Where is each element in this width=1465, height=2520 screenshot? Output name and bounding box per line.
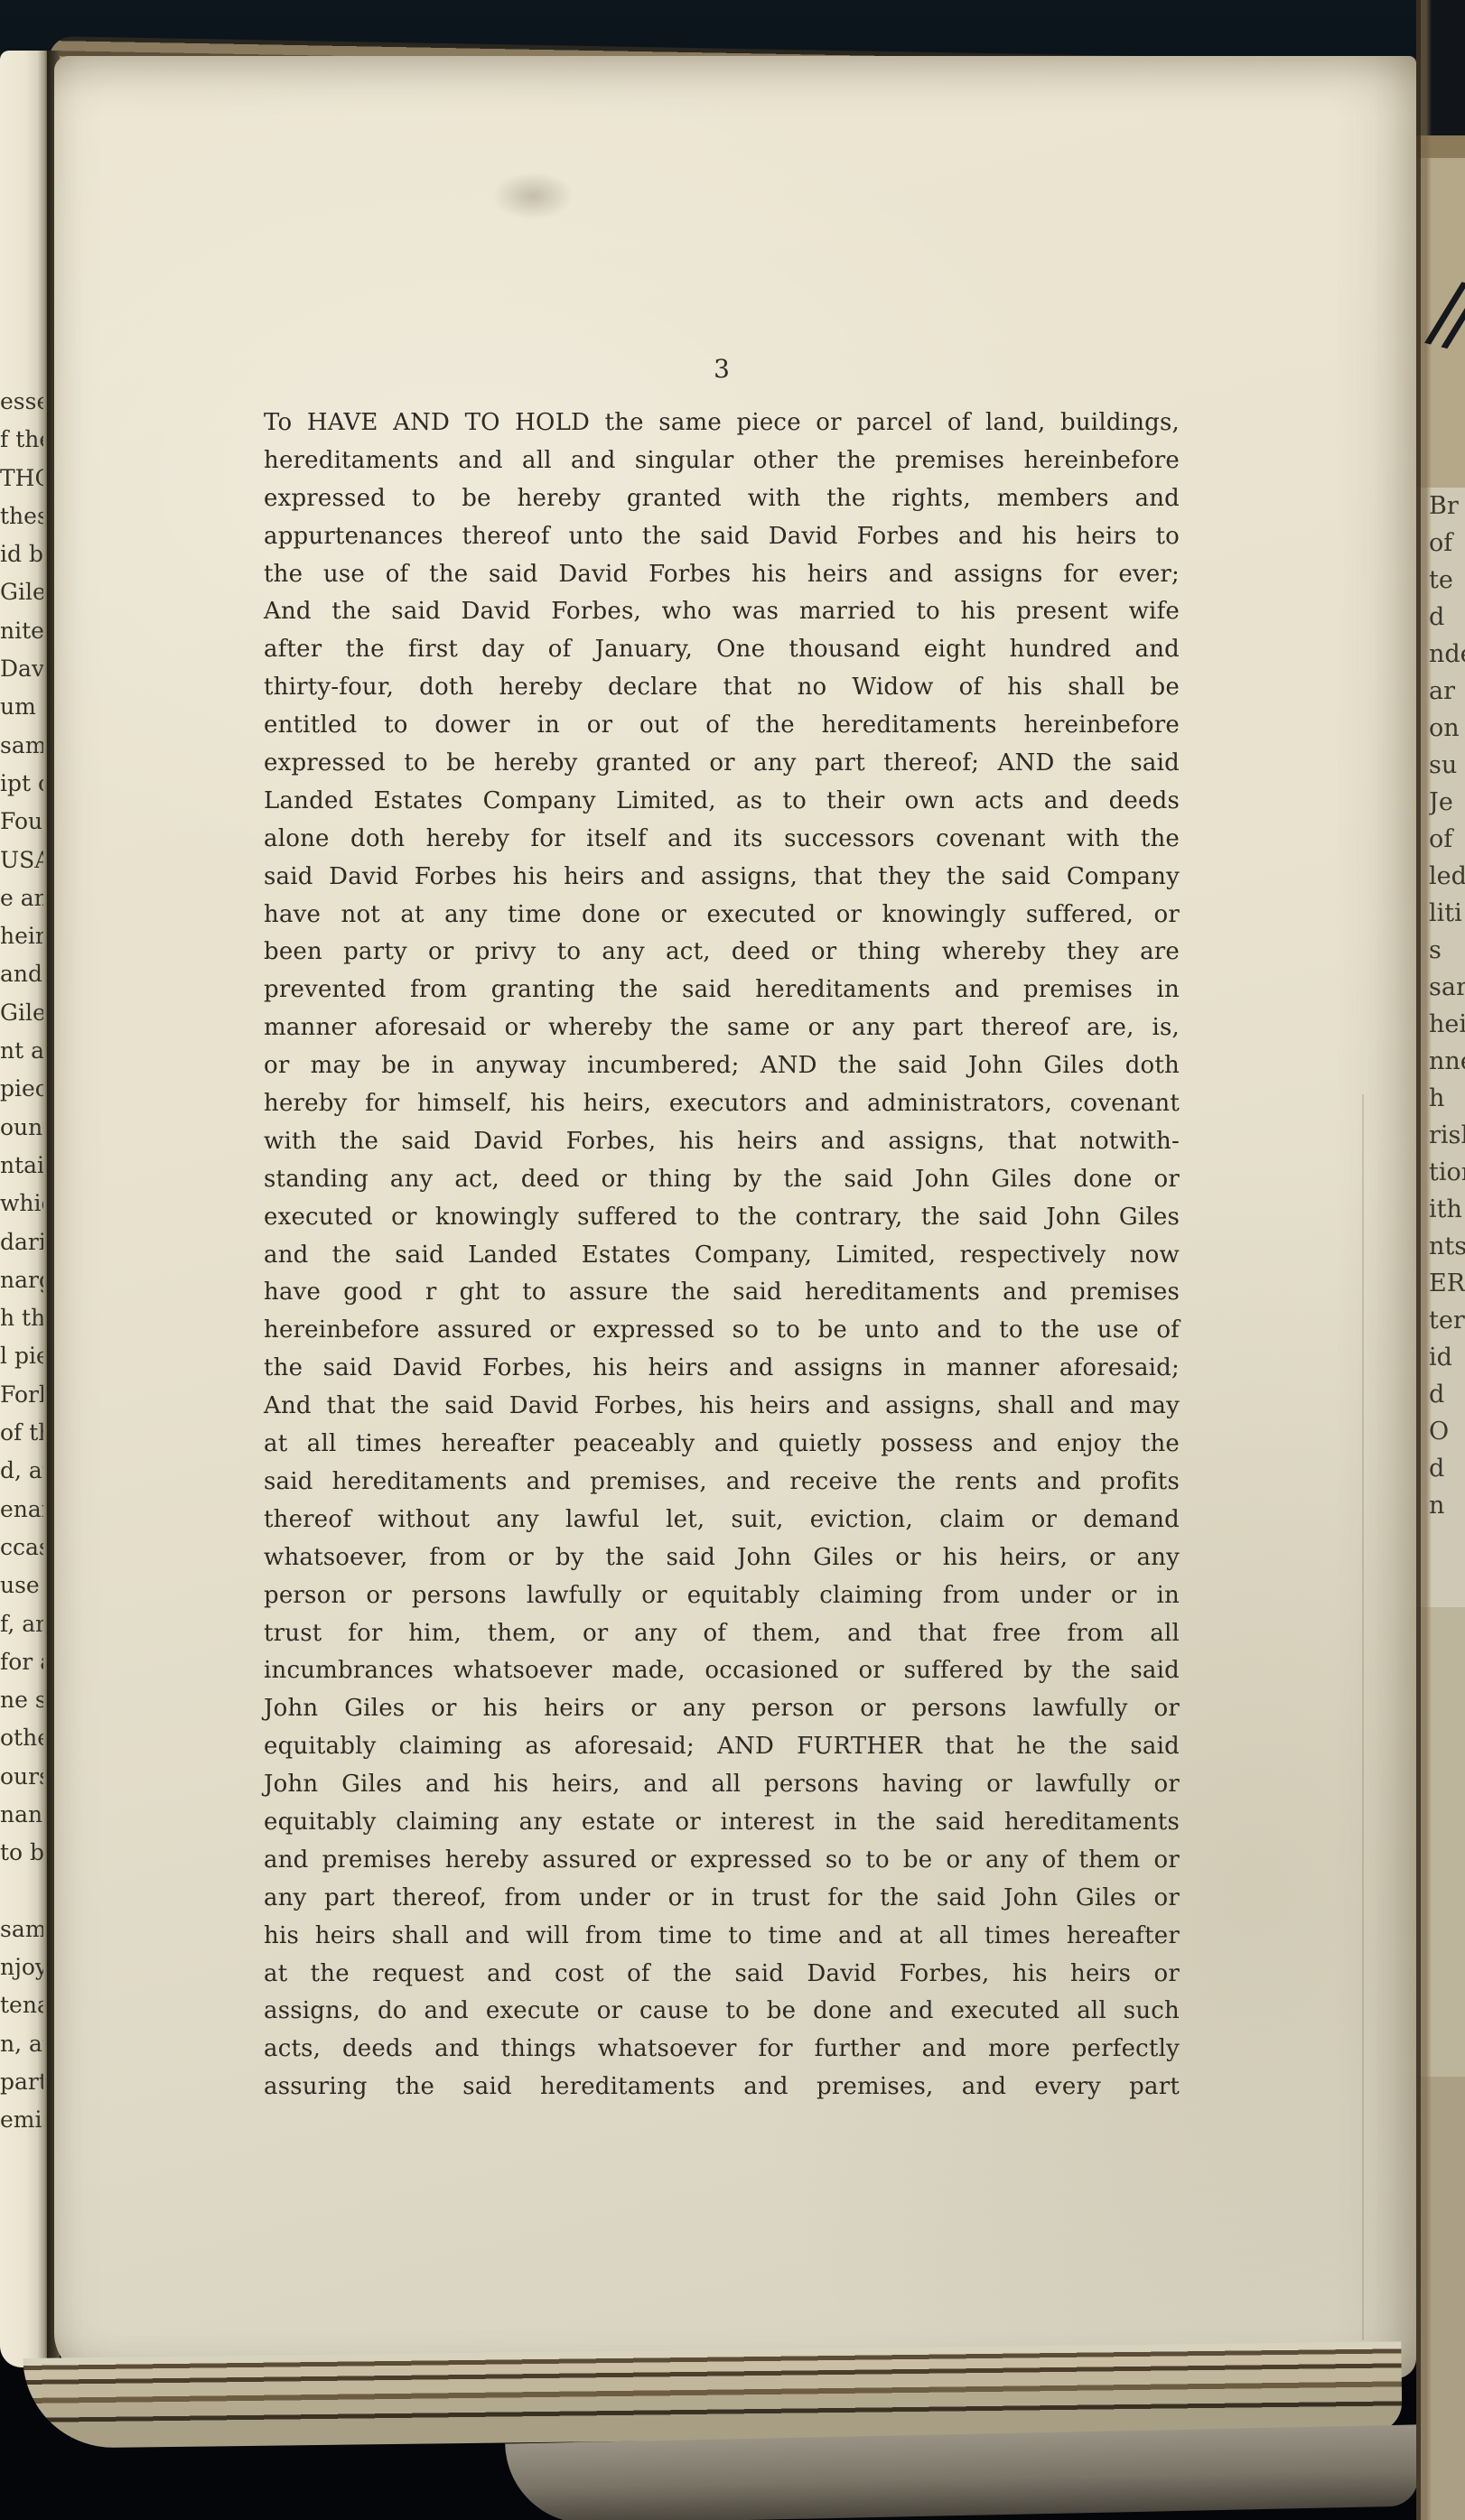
edge-text-fragment: same (0, 1911, 43, 1948)
book-scan: essed:f theTHOU-theseid byGiles,nited,Da… (0, 0, 1465, 2520)
edge-text-fragment: enants, (0, 1491, 43, 1529)
edge-text-fragment: other (0, 1719, 43, 1757)
text-line: prevented from granting the said heredit… (264, 972, 1180, 1009)
edge-text-fragment: THOU- (0, 460, 43, 497)
text-line: any part thereof, from under or in trust… (264, 1880, 1180, 1918)
edge-text-fragment: e and (0, 879, 43, 917)
edge-text-fragment: id by (0, 535, 43, 573)
text-line: To HAVE AND TO HOLD the same piece or pa… (264, 405, 1180, 442)
edge-text-fragment: Giles, (0, 994, 43, 1032)
edge-text-fragment: nt and (0, 1032, 43, 1070)
text-line: with the said David Forbes, his heirs an… (264, 1123, 1180, 1161)
edge-text-fragment: d (1429, 1376, 1465, 1413)
text-line: at the request and cost of the said Davi… (264, 1956, 1180, 1994)
page-number: 3 (264, 354, 1180, 384)
text-line: entitled to dower in or out of the hered… (264, 707, 1180, 745)
edge-text-fragment: nts (1429, 1228, 1465, 1265)
text-line: Landed Estates Company Limited, as to th… (264, 783, 1180, 821)
edge-text-fragment: ith (1429, 1191, 1465, 1228)
edge-text-fragment: nne (1429, 1043, 1465, 1080)
edge-text-fragment: Br (1429, 488, 1465, 525)
edge-text-fragment: su (1429, 747, 1465, 784)
text-line: have not at any time done or executed or… (264, 897, 1180, 935)
text-line: said hereditaments and premises, and rec… (264, 1464, 1180, 1502)
edge-text-fragment: ounty (0, 1109, 43, 1147)
edge-text-fragment: ipt of (0, 765, 43, 803)
edge-text-fragment: h (1429, 1080, 1465, 1117)
edge-text-fragment: sar (1429, 969, 1465, 1006)
text-line: John Giles or his heirs or any person or… (264, 1690, 1180, 1728)
edge-text-fragment: tion (1429, 1154, 1465, 1191)
edge-text-fragment: nargin (0, 1261, 43, 1299)
edge-text-fragment: Je (1429, 784, 1465, 821)
text-line: equitably claiming any estate or interes… (264, 1804, 1180, 1842)
text-line: expressed to be hereby granted with the … (264, 480, 1180, 518)
edge-text-fragment: of (1429, 821, 1465, 858)
edge-text-fragment: of the (0, 1414, 43, 1452)
edge-text-fragment: of (1429, 525, 1465, 562)
edge-text-fragment: ter (1429, 1302, 1465, 1339)
edge-text-fragment: tenant (0, 1986, 43, 2024)
edge-text-fragment: these (0, 497, 43, 535)
text-line: at all times hereafter peaceably and qui… (264, 1426, 1180, 1464)
edge-text-fragment: essed: (0, 383, 43, 421)
text-line: assigns, do and execute or cause to be d… (264, 1993, 1180, 2031)
text-line: or may be in anyway incumbered; AND the … (264, 1047, 1180, 1085)
edge-text-fragment: s (1429, 932, 1465, 969)
edge-text-fragment: same (0, 727, 43, 765)
text-line: hereditaments and all and singular other… (264, 442, 1180, 480)
edge-text-fragment: parts (0, 2063, 43, 2101)
edge-text-fragment: O (1429, 1413, 1465, 1450)
text-line: equitably claiming as aforesaid; AND FUR… (264, 1728, 1180, 1766)
edge-text-fragment: liti (1429, 895, 1465, 932)
text-line: incumbrances whatsoever made, occasioned… (264, 1652, 1180, 1690)
text-line: acts, deeds and things whatsoever for fu… (264, 2031, 1180, 2069)
edge-text-fragment: to be (0, 1834, 43, 1872)
edge-text-fragment: heirs, (0, 917, 43, 955)
edge-text-fragment: d, and (0, 1452, 43, 1490)
edge-text-fragment: ER (1429, 1265, 1465, 1302)
text-line: thereof without any lawful let, suit, ev… (264, 1502, 1180, 1539)
edge-text-fragment: nited, (0, 612, 43, 650)
handwritten-pen-mark: ∕∕ (1423, 268, 1465, 357)
edge-text-fragment: te (1429, 562, 1465, 599)
next-page-torn-edge: ∕∕ BroftedndearonsuJeofledlitissarheinne… (1416, 0, 1465, 2520)
edge-text-fragment: ntain- (0, 1147, 43, 1185)
text-line: after the first day of January, One thou… (264, 631, 1180, 669)
edge-text-fragment: hei (1429, 1006, 1465, 1043)
paper-crease (1362, 1094, 1364, 2340)
text-line: And that the said David Forbes, his heir… (264, 1388, 1180, 1426)
edge-text-fragment: Giles, (0, 573, 43, 611)
text-line: trust for him, them, or any of them, and… (264, 1615, 1180, 1653)
edge-text-fragment: nances (0, 1796, 43, 1834)
edge-text-fragment: ne said (0, 1681, 43, 1719)
edge-text-fragment: n, and (0, 2025, 43, 2063)
text-line: hereby for himself, his heirs, executors… (264, 1085, 1180, 1123)
edge-text-fragment: um of (0, 688, 43, 726)
text-line: have good r ght to assure the said hered… (264, 1274, 1180, 1312)
text-line: his heirs shall and will from time to ti… (264, 1918, 1180, 1956)
edge-text-fragment: which (0, 1185, 43, 1223)
text-line: whatsoever, from or by the said John Gil… (264, 1539, 1180, 1577)
text-line: and premises hereby assured or expressed… (264, 1842, 1180, 1880)
text-line: the use of the said David Forbes his hei… (264, 556, 1180, 594)
edge-text-fragment: ar (1429, 673, 1465, 710)
text-line: alone doth hereby for itself and its suc… (264, 821, 1180, 859)
edge-text-fragment: h the (0, 1299, 43, 1337)
text-line: said David Forbes his heirs and assigns,… (264, 859, 1180, 897)
text-line: person or persons lawfully or equitably … (264, 1577, 1180, 1615)
previous-page-edge: essed:f theTHOU-theseid byGiles,nited,Da… (0, 51, 47, 2367)
edge-text-fragment: anded (0, 955, 43, 993)
edge-text-fragment: njoyed (0, 1948, 43, 1986)
paper-smudge (479, 164, 587, 228)
edge-text-fragment: for all (0, 1643, 43, 1681)
text-line: executed or knowingly suffered to the co… (264, 1199, 1180, 1237)
text-line: been party or privy to any act, deed or … (264, 934, 1180, 972)
text-line: the said David Forbes, his heirs and ass… (264, 1350, 1180, 1388)
text-line: appurtenances thereof unto the said Davi… (264, 518, 1180, 556)
text-line: thirty-four, doth hereby declare that no… (264, 669, 1180, 707)
previous-page-text-fragments: essed:f theTHOU-theseid byGiles,nited,Da… (0, 383, 43, 2140)
edge-text-fragment: on (1429, 710, 1465, 747)
next-page-text-fragments: BroftedndearonsuJeofledlitissarheinnehri… (1429, 488, 1465, 1524)
text-line: and the said Landed Estates Company, Lim… (264, 1237, 1180, 1275)
edge-text-fragment: led (1429, 858, 1465, 895)
text-line: standing any act, deed or thing by the s… (264, 1161, 1180, 1199)
edge-text-fragment: l piece (0, 1337, 43, 1375)
edge-text-fragment: David (0, 650, 43, 688)
edge-text-fragment: d (1429, 599, 1465, 636)
edge-text-fragment: nde (1429, 636, 1465, 673)
text-line: assuring the said hereditaments and prem… (264, 2069, 1180, 2106)
edge-text-fragment: n (1429, 1487, 1465, 1524)
edge-text-fragment: Forbes, (0, 1376, 43, 1414)
edge-text-fragment: Four (0, 803, 43, 841)
edge-text-fragment: use as (0, 1567, 43, 1604)
document-page: 3 To HAVE AND TO HOLD the same piece or … (54, 56, 1416, 2378)
text-line: John Giles and his heirs, and all person… (264, 1766, 1180, 1804)
edge-text-fragment: f, and (0, 1605, 43, 1643)
edge-text-fragment: daries (0, 1223, 43, 1261)
edge-text-fragment: rish (1429, 1117, 1465, 1154)
edge-text-fragment: f the (0, 421, 43, 459)
edge-text-fragment (0, 1873, 43, 1911)
edge-text-fragment: ourses, (0, 1758, 43, 1796)
text-line: hereinbefore assured or expressed so to … (264, 1312, 1180, 1350)
edge-text-fragment: USAND (0, 842, 43, 879)
edge-text-fragment: ccasion (0, 1529, 43, 1567)
edge-text-fragment: id (1429, 1339, 1465, 1376)
text-line: And the said David Forbes, who was marri… (264, 593, 1180, 631)
text-line: expressed to be hereby granted or any pa… (264, 745, 1180, 783)
edge-text-fragment: d (1429, 1450, 1465, 1487)
text-line: manner aforesaid or whereby the same or … (264, 1009, 1180, 1047)
edge-text-fragment: emises. (0, 2101, 43, 2139)
document-text: To HAVE AND TO HOLD the same piece or pa… (264, 405, 1180, 2106)
edge-text-fragment: piece (0, 1070, 43, 1108)
